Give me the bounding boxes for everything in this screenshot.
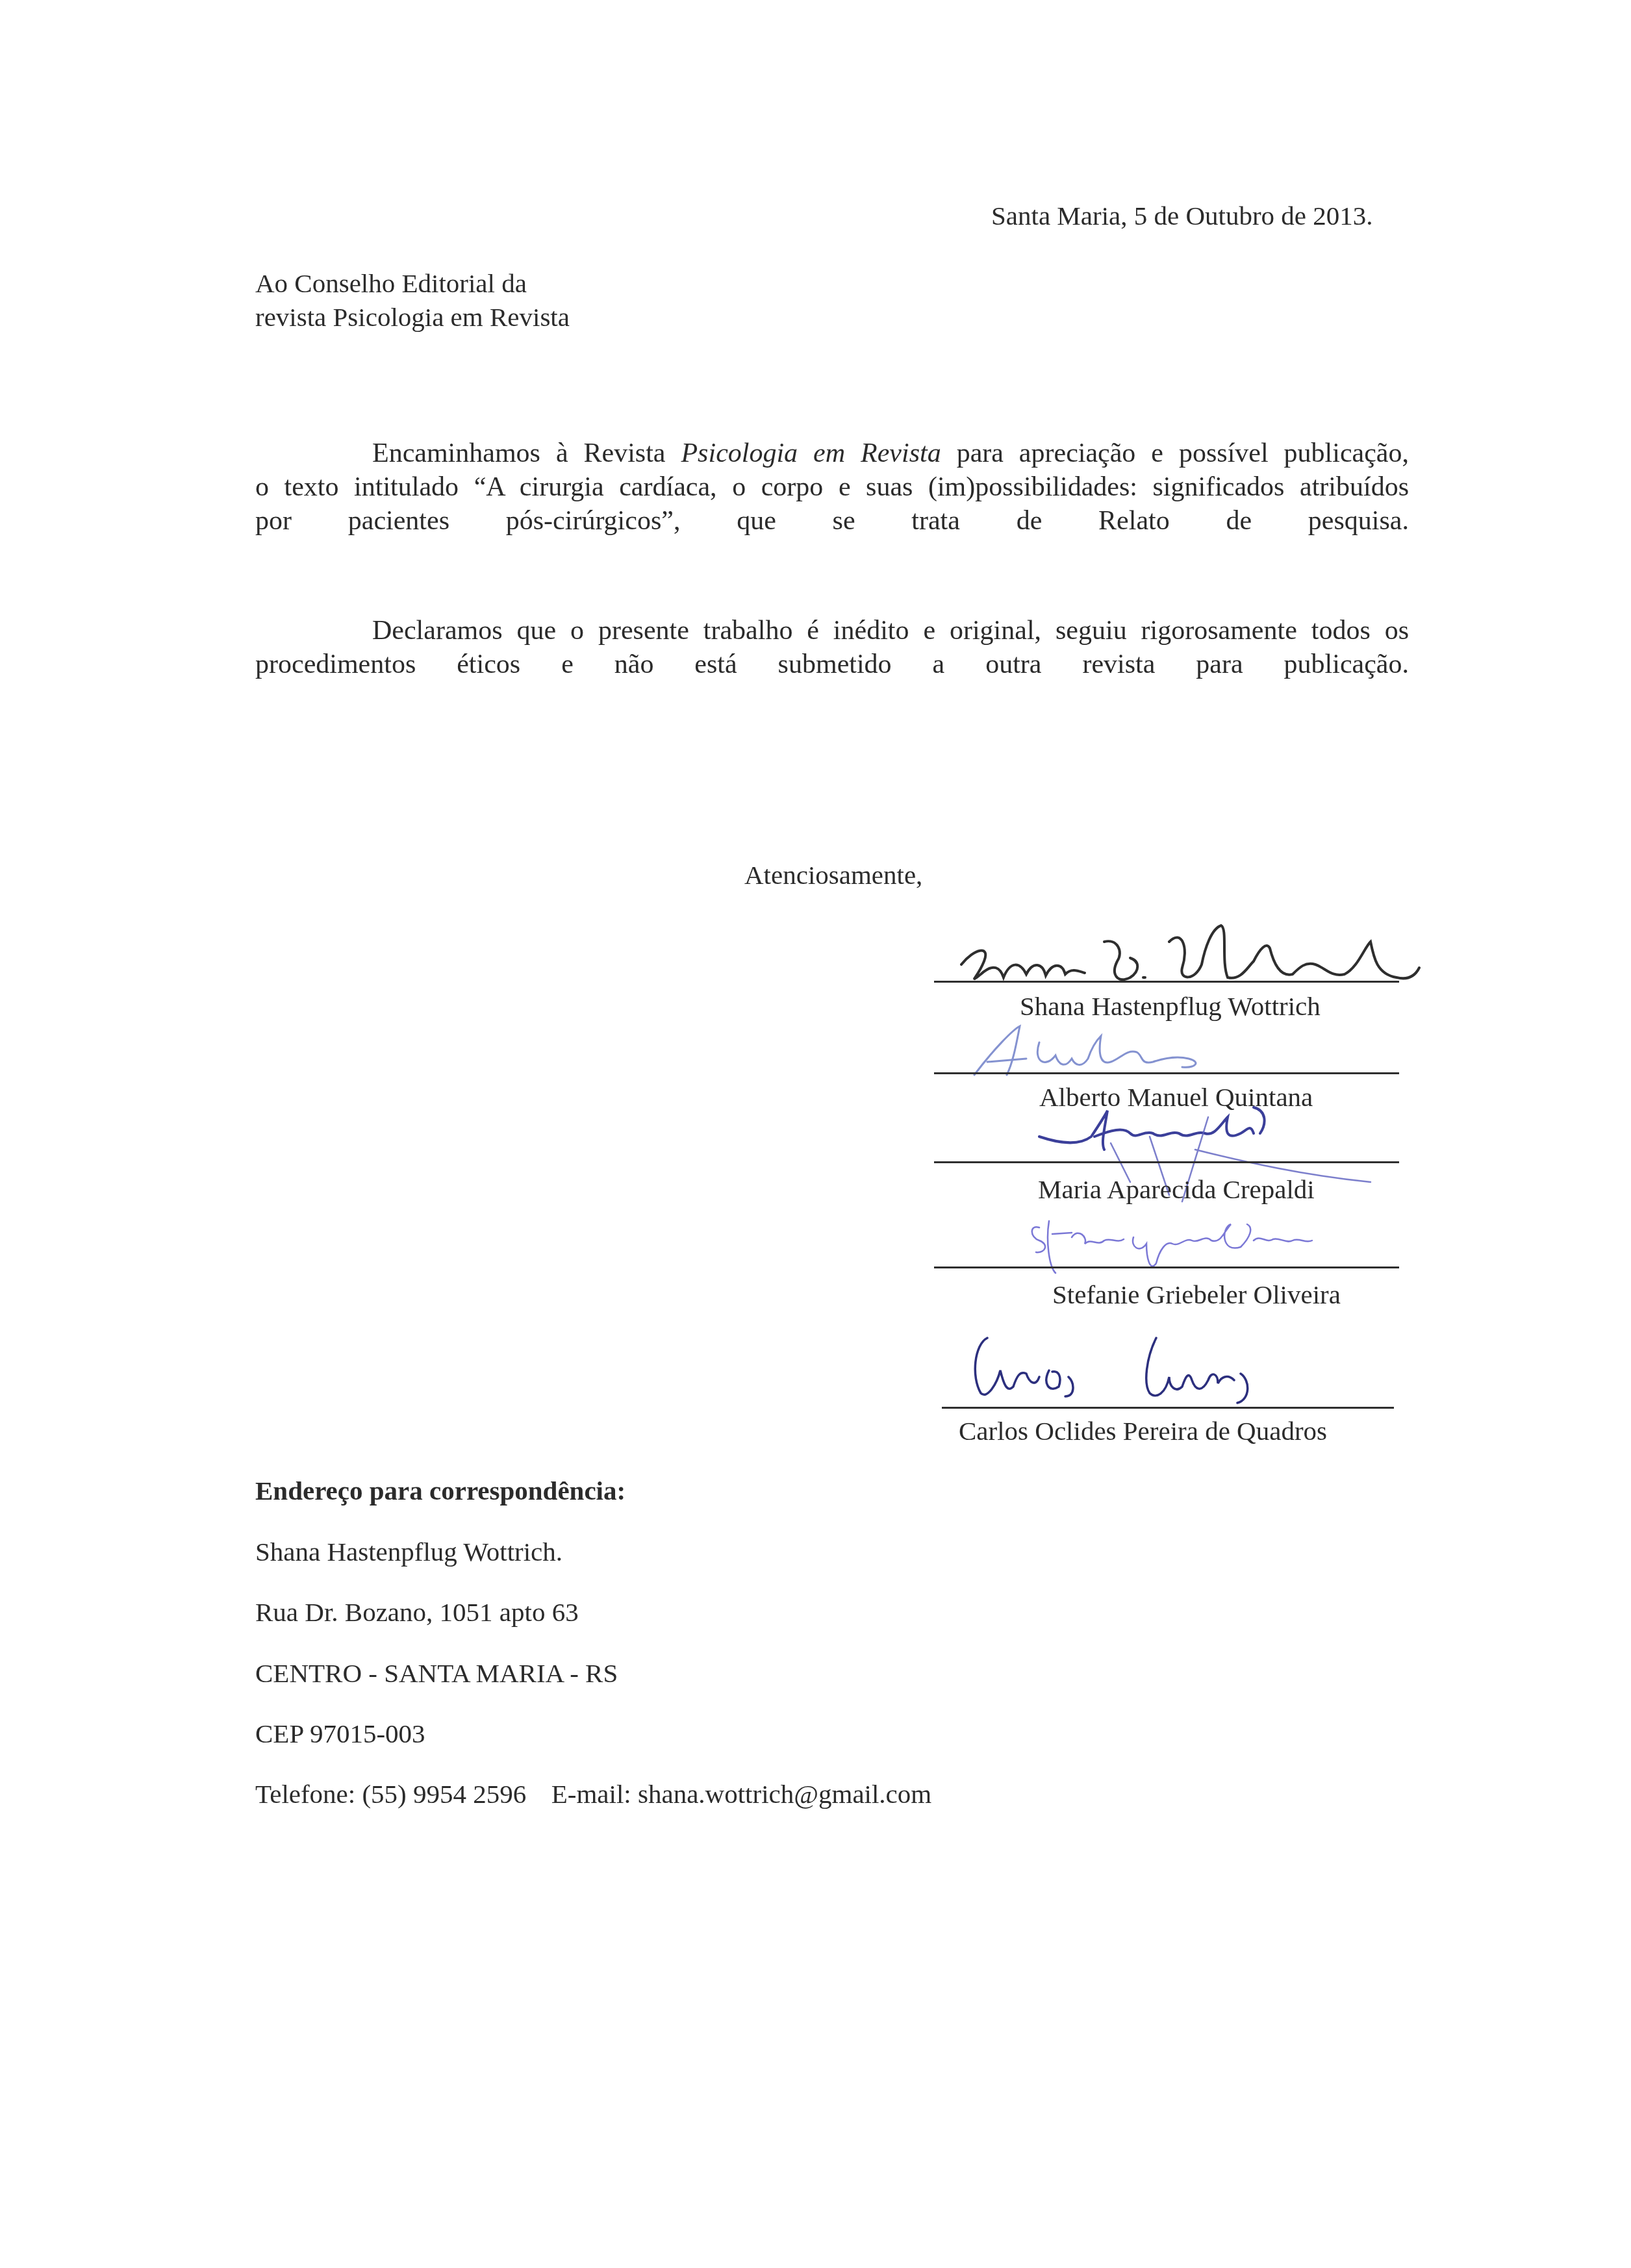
correspondence-heading: Endereço para correspondência: [255, 1474, 626, 1507]
signatory-name: Stefanie Griebeler Oliveira [1052, 1278, 1341, 1311]
email-label: E-mail: [551, 1779, 631, 1809]
correspondence-street: Rua Dr. Bozano, 1051 apto 63 [255, 1595, 579, 1629]
correspondence-city: CENTRO - SANTA MARIA - RS [255, 1656, 618, 1690]
correspondence-contact-line: Telefone: (55) 9954 2596 E-mail: shana.w… [255, 1777, 931, 1811]
correspondence-name: Shana Hastenpflug Wottrich. [255, 1535, 563, 1569]
signatory-name: Maria Aparecida Crepaldi [1038, 1173, 1315, 1205]
journal-title: Psicologia em Revista [681, 438, 941, 468]
signature-shana [955, 922, 1422, 994]
email-address: shana.wottrich@gmail.com [638, 1779, 931, 1809]
signature-line [934, 1072, 1399, 1074]
signature-line [934, 981, 1399, 983]
paragraph-line: procedimentos éticos e não está submetid… [255, 648, 1409, 681]
signature-stefanie [1026, 1208, 1319, 1279]
signature-line [934, 1161, 1399, 1163]
paragraph-declaration: Declaramos que o presente trabalho é iné… [255, 614, 1409, 681]
letter-page: Santa Maria, 5 de Outubro de 2013. Ao Co… [0, 0, 1631, 2268]
signatory-name: Carlos Oclides Pereira de Quadros [959, 1415, 1327, 1447]
phone-number: (55) 9954 2596 [362, 1779, 526, 1809]
phone-label: Telefone: [255, 1779, 355, 1809]
signature-carlos [961, 1331, 1325, 1409]
paragraph-line: Declaramos que o presente trabalho é iné… [255, 614, 1409, 648]
signature-line [934, 1266, 1399, 1268]
signatory-name: Shana Hastenpflug Wottrich [1020, 990, 1321, 1022]
recipient-line-2: revista Psicologia em Revista [255, 300, 570, 334]
paragraph-line: por pacientes pós-cirúrgicos”, que se tr… [255, 504, 1409, 538]
closing: Atenciosamente, [744, 858, 922, 892]
recipient-line-1: Ao Conselho Editorial da [255, 266, 570, 300]
signature-line [942, 1407, 1394, 1409]
place-date: Santa Maria, 5 de Outubro de 2013. [991, 199, 1373, 233]
paragraph-line: Encaminhamos à Revista Psicologia em Rev… [255, 436, 1409, 470]
paragraph-line: o texto intitulado “A cirurgia cardíaca,… [255, 470, 1409, 504]
recipient-block: Ao Conselho Editorial da revista Psicolo… [255, 266, 570, 334]
paragraph-submission: Encaminhamos à Revista Psicologia em Rev… [255, 436, 1409, 538]
correspondence-postal-code: CEP 97015-003 [255, 1717, 425, 1750]
